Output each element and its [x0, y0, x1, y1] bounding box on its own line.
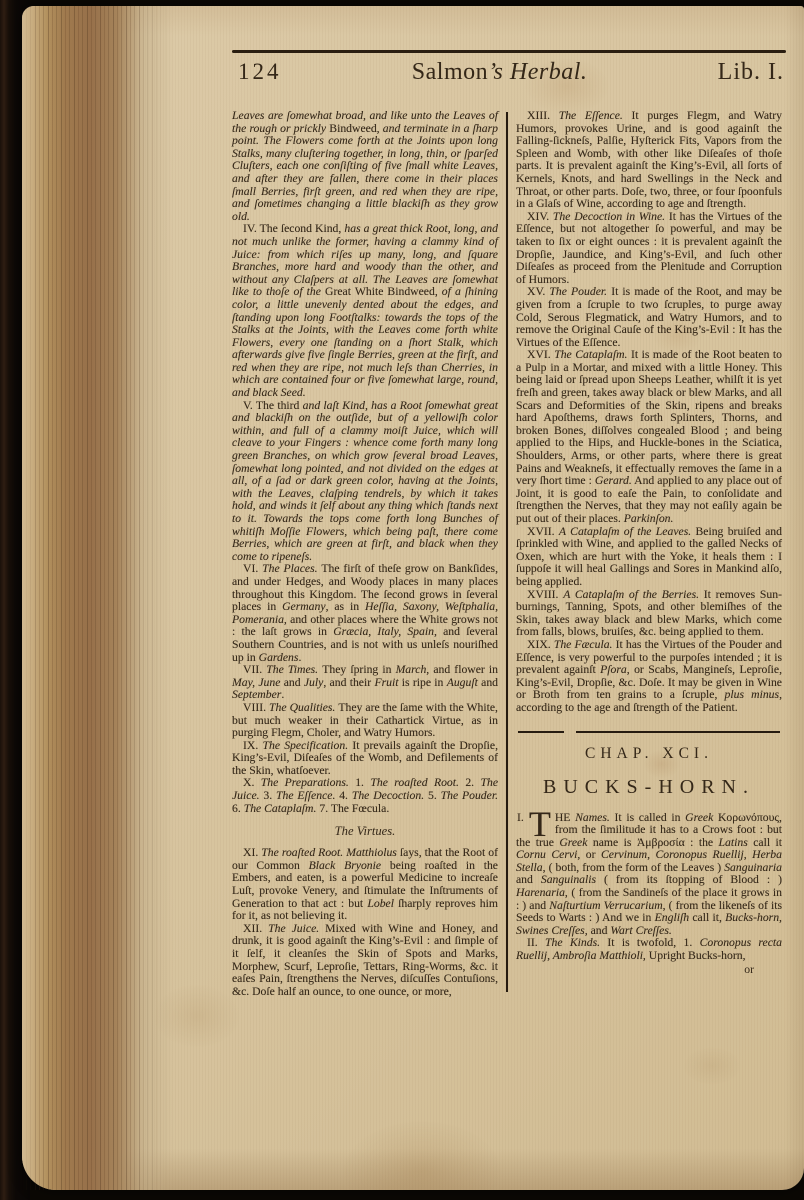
paragraph-vi: VI. The Places. The firſt of theſe grow …	[232, 563, 498, 664]
paragraph-ix: IX. The Specification. It prevails again…	[232, 740, 498, 778]
paragraph-xvii: XVII. A Cataplaſm of the Leaves. Being b…	[516, 526, 782, 589]
paragraph-vii: VII. The Times. They ſpring in March, an…	[232, 664, 498, 702]
paragraph-numeral: VI.	[243, 562, 262, 575]
paragraph-head: The Eſſence.	[559, 109, 632, 122]
paragraph-head: The Pouder.	[549, 285, 611, 298]
chapter-number: CHAP. XCI.	[516, 745, 782, 763]
paragraph-head: The Times.	[266, 663, 322, 676]
paragraph-v: V. The third and laſt Kind, has a Root ſ…	[232, 400, 498, 564]
page-number: 124	[238, 59, 282, 85]
running-title-pos: ’s	[488, 59, 503, 85]
paragraph-xviii: XVIII. A Cataplaſm of the Berries. It re…	[516, 589, 782, 639]
paragraph-head: The Fæcula.	[554, 638, 616, 651]
paragraph-head: The Qualities.	[269, 701, 338, 714]
paragraph-head: The Decoction in Wine.	[553, 210, 669, 223]
paragraph-numeral: I.	[517, 812, 524, 837]
page-gutter-texture	[22, 6, 174, 1190]
paragraph-numeral: XI.	[243, 846, 261, 859]
paragraph-ii: II. The Kinds. It is twofold, 1. Coronop…	[516, 937, 782, 962]
paragraph-numeral: XV.	[527, 285, 549, 298]
paragraph-numeral: IV.	[243, 222, 260, 235]
paragraph-numeral: X.	[243, 776, 261, 789]
paragraph-head: The Kinds.	[545, 936, 607, 949]
drop-cap: T	[529, 812, 551, 837]
paragraph-head: The roaſted Root.	[261, 846, 346, 859]
paragraph-xv: XV. The Pouder. It is made of the Root, …	[516, 286, 782, 349]
right-column: XIII. The Eſſence. It purges Flegm, and …	[516, 110, 782, 998]
paragraph-xii: XII. The Juice. Mixed with Wine and Hone…	[232, 923, 498, 999]
running-title-name: Salmon	[412, 59, 488, 85]
section-heading: The Virtues.	[232, 824, 498, 839]
divider-segment	[518, 731, 564, 733]
column-divider-rule	[506, 112, 508, 992]
paragraph-numeral: XIII.	[527, 109, 559, 122]
text-columns: Leaves are ſomewhat broad, and like unto…	[232, 110, 786, 998]
paragraph-numeral: XVIII.	[527, 588, 563, 601]
paragraph-head: The Specification.	[262, 739, 352, 752]
header-rule	[232, 50, 786, 53]
paragraph-head: The Places.	[262, 562, 321, 575]
paragraph-numeral: II.	[527, 936, 545, 949]
section-divider	[518, 731, 780, 733]
paragraph-numeral: V.	[243, 399, 256, 412]
paragraph-head: The Preparations.	[261, 776, 355, 789]
running-header: 124 Salmon’s Herbal. Lib. I.	[232, 57, 786, 101]
chapter-title: BUCKS-HORN.	[516, 776, 782, 799]
running-title-italic: Herbal.	[510, 59, 588, 85]
divider-segment	[576, 731, 780, 733]
paragraph-viii: VIII. The Qualities. They are the ſame w…	[232, 702, 498, 740]
paragraph-head: The Juice.	[268, 922, 325, 935]
paragraph: Leaves are ſomewhat broad, and like unto…	[232, 110, 498, 223]
paragraph-numeral: XIX.	[527, 638, 554, 651]
catchword: or	[516, 963, 782, 976]
page-content: 124 Salmon’s Herbal. Lib. I. Leaves are …	[232, 50, 786, 998]
running-title: Salmon’s Herbal.	[412, 59, 588, 86]
paragraph-numeral: IX.	[243, 739, 262, 752]
paragraph-head: A Cataplaſm of the Berries.	[563, 588, 704, 601]
paragraph-xvi: XVI. The Cataplaſm. It is made of the Ro…	[516, 349, 782, 525]
paragraph-numeral: XII.	[243, 922, 268, 935]
paragraph-x: X. The Preparations. 1. The roaſted Root…	[232, 777, 498, 815]
paragraph-xix: XIX. The Fæcula. It has the Virtues of t…	[516, 639, 782, 715]
paragraph-numeral: VII.	[243, 663, 266, 676]
paragraph-i: I. THE Names. It is called in Greek Κορω…	[516, 812, 782, 938]
left-column: Leaves are ſomewhat broad, and like unto…	[232, 110, 498, 998]
paragraph-xi: XI. The roaſted Root. Matthiolus ſays, t…	[232, 847, 498, 923]
book-part: Lib. I.	[718, 59, 784, 86]
book-photo: { "header": { "page_number": "124", "tit…	[0, 0, 804, 1200]
paragraph-head: The Cataplaſm.	[554, 348, 631, 361]
paragraph-head: A Cataplaſm of the Leaves.	[559, 525, 696, 538]
paragraph-iv: IV. The ſecond Kind, has a great thick R…	[232, 223, 498, 399]
paragraph-xiv: XIV. The Decoction in Wine. It has the V…	[516, 211, 782, 287]
paragraph-numeral: XVII.	[527, 525, 559, 538]
paragraph-numeral: XVI.	[527, 348, 554, 361]
paragraph-numeral: XIV.	[527, 210, 553, 223]
paragraph-numeral: VIII.	[243, 701, 269, 714]
paragraph-xiii: XIII. The Eſſence. It purges Flegm, and …	[516, 110, 782, 211]
book-page: 124 Salmon’s Herbal. Lib. I. Leaves are …	[22, 6, 804, 1190]
